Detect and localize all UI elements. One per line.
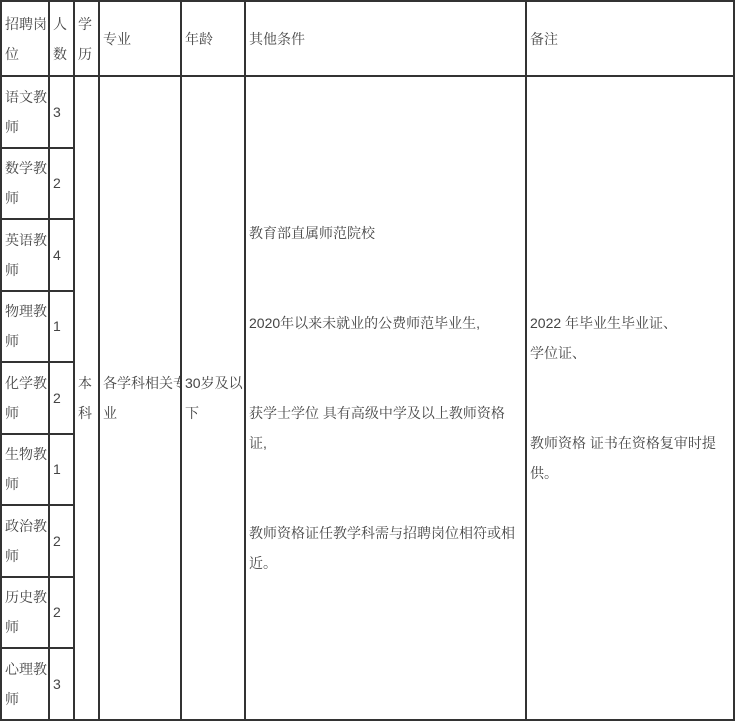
header-age: 年龄 — [181, 1, 245, 76]
header-count: 人 数 — [49, 1, 74, 76]
count-cell: 2 — [49, 505, 74, 577]
count-cell: 1 — [49, 434, 74, 506]
age-cell: 30岁及以 下 — [181, 76, 245, 720]
position-cell: 政治教 师 — [1, 505, 49, 577]
position-cell: 化学教 师 — [1, 362, 49, 434]
position-cell: 历史教 师 — [1, 577, 49, 649]
count-cell: 1 — [49, 291, 74, 363]
header-remarks: 备注 — [526, 1, 734, 76]
position-cell: 生物教 师 — [1, 434, 49, 506]
position-cell: 数学教 师 — [1, 148, 49, 220]
count-cell: 3 — [49, 76, 74, 148]
other-conditions-paragraph-1: 教育部直属师范院校 — [249, 218, 523, 248]
major-cell: 各学科相关专 业 — [99, 76, 181, 720]
header-other-conditions: 其他条件 — [245, 1, 526, 76]
header-position: 招聘岗 位 — [1, 1, 49, 76]
count-cell: 2 — [49, 148, 74, 220]
other-conditions-paragraph-3: 获学士学位 具有高级中学及以上教师资格 证, — [249, 398, 523, 458]
education-cell: 本 科 — [74, 76, 99, 720]
header-major: 专业 — [99, 1, 181, 76]
position-cell: 语文教 师 — [1, 76, 49, 148]
count-cell: 2 — [49, 362, 74, 434]
recruitment-table: 招聘岗 位 人 数 学 历 专业 年龄 其他条件 备注 语文教 师 3 本 科 … — [0, 0, 735, 721]
table-header-row: 招聘岗 位 人 数 学 历 专业 年龄 其他条件 备注 — [1, 1, 734, 76]
remarks-paragraph-2: 教师资格 证书在资格复审时提 供。 — [530, 428, 731, 488]
header-education: 学 历 — [74, 1, 99, 76]
count-cell: 4 — [49, 219, 74, 291]
other-conditions-paragraph-4: 教师资格证任教学科需与招聘岗位相符或相 近。 — [249, 518, 523, 578]
position-cell: 心理教 师 — [1, 648, 49, 720]
remarks-cell: 2022 年毕业生毕业证、学位证、 教师资格 证书在资格复审时提 供。 — [526, 76, 734, 720]
count-cell: 3 — [49, 648, 74, 720]
other-conditions-cell: 教育部直属师范院校 2020年以来未就业的公费师范毕业生, 获学士学位 具有高级… — [245, 76, 526, 720]
position-cell: 英语教 师 — [1, 219, 49, 291]
other-conditions-paragraph-2: 2020年以来未就业的公费师范毕业生, — [249, 308, 523, 338]
position-cell: 物理教 师 — [1, 291, 49, 363]
count-cell: 2 — [49, 577, 74, 649]
remarks-paragraph-1: 2022 年毕业生毕业证、学位证、 — [530, 308, 731, 368]
table-row: 语文教 师 3 本 科 各学科相关专 业 30岁及以 下 教育部直属师范院校 2… — [1, 76, 734, 148]
